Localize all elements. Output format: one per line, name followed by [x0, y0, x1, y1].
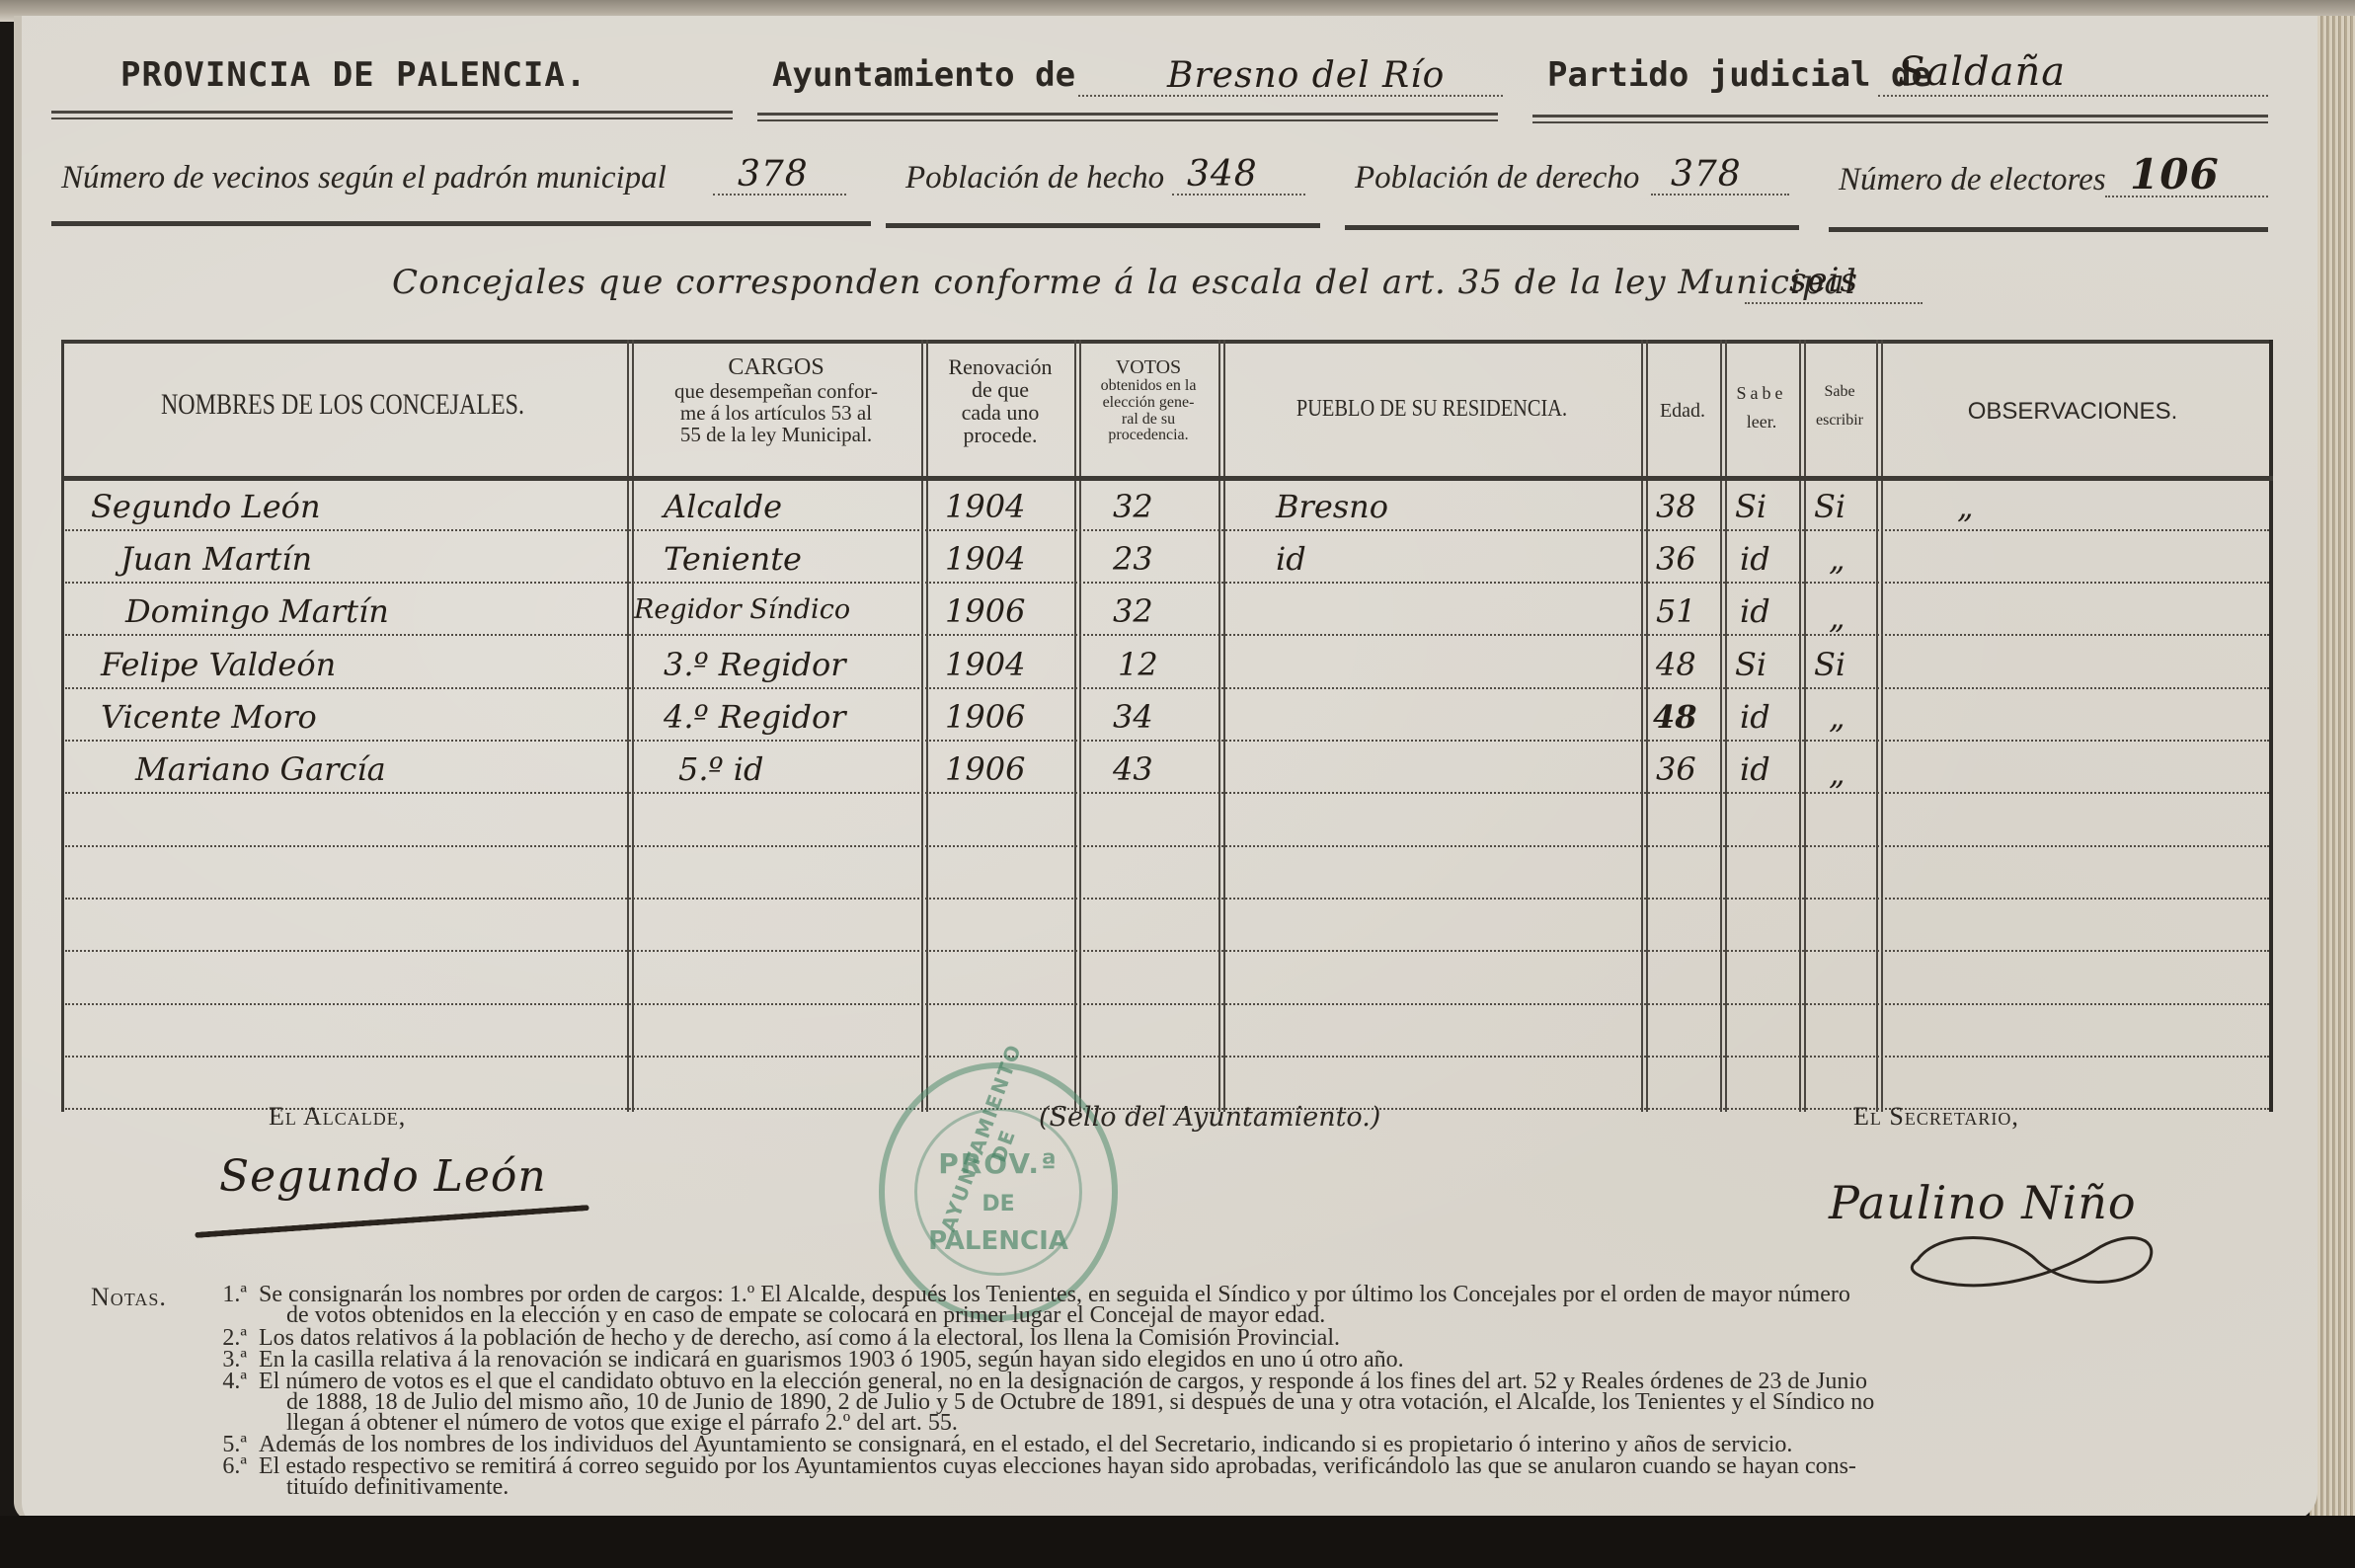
signature-rubric — [1898, 1225, 2174, 1294]
cell-escribir: Si — [1814, 646, 1845, 683]
cell-cargo: 5.º id — [678, 750, 763, 788]
cell-renovacion: 1904 — [945, 646, 1025, 683]
cell-leer: id — [1740, 540, 1770, 578]
cell-pueblo: id — [1276, 540, 1306, 578]
cell-votos: 34 — [1113, 698, 1153, 736]
votos-sub: obtenidos en la — [1078, 378, 1218, 395]
ayuntamiento-value: Bresno del Río — [1167, 55, 1445, 96]
cargos-sub: 55 de la ley Municipal. — [632, 424, 920, 445]
cell-nombre: Vicente Moro — [101, 698, 317, 736]
note-number: 6.ª — [207, 1456, 247, 1477]
cell-votos: 43 — [1113, 750, 1153, 788]
cell-pueblo: Bresno — [1276, 488, 1388, 525]
cell-cargo: Regidor Síndico — [634, 594, 850, 625]
note-text: Además de los nombres de los individuos … — [259, 1435, 1792, 1455]
sabe-escribir-line: escribir — [1803, 413, 1876, 430]
votos-title: VOTOS — [1078, 357, 1218, 378]
col-header-pueblo: PUEBLO DE SU RESIDENCIA. — [1254, 397, 1609, 422]
secretario-signature: Paulino Niño — [1829, 1176, 2137, 1229]
alcalde-signature: Segundo León — [219, 1151, 547, 1202]
cell-cargo: 3.º Regidor — [664, 646, 846, 683]
concejales-table: NOMBRES DE LOS CONCEJALES. CARGOS que de… — [61, 340, 2273, 1112]
note-number: 5.ª — [207, 1435, 247, 1455]
rule — [1829, 227, 2268, 232]
cell-renovacion: 1906 — [945, 698, 1025, 736]
cell-escribir: „ — [1829, 598, 1845, 636]
electores-label: Número de electores — [1839, 162, 2106, 198]
note-text: Los datos relativos á la población de he… — [259, 1328, 1340, 1349]
rule — [1345, 225, 1799, 230]
note-number: 3.ª — [207, 1350, 247, 1371]
cell-votos: 32 — [1113, 592, 1153, 630]
note-text: En la casilla relativa á la renovación s… — [259, 1350, 1404, 1371]
cell-cargo: Teniente — [664, 540, 802, 578]
cell-renovacion: 1906 — [945, 750, 1025, 788]
renovacion-line: cada uno — [926, 401, 1074, 424]
cell-votos: 12 — [1118, 646, 1158, 683]
electores-value: 106 — [2130, 150, 2220, 198]
cell-leer: Si — [1735, 488, 1766, 525]
cell-edad: 48 — [1653, 698, 1697, 736]
note-number: 2.ª — [207, 1328, 247, 1349]
col-header-sabe-escribir: Sabe escribir — [1803, 384, 1876, 430]
cell-observaciones: „ — [1957, 488, 1974, 525]
rule — [51, 221, 871, 226]
rule — [757, 113, 1498, 121]
cell-cargo: Alcalde — [664, 488, 782, 525]
cell-escribir: „ — [1829, 698, 1845, 736]
col-header-observaciones: OBSERVACIONES. — [1880, 399, 2265, 424]
cell-nombre: Felipe Valdeón — [101, 646, 336, 683]
cell-cargo: 4.º Regidor — [664, 698, 846, 736]
document-page: PROVINCIA DE PALENCIA. Ayuntamiento de B… — [14, 16, 2317, 1522]
cell-escribir: „ — [1829, 754, 1845, 792]
note-number: 4.ª — [207, 1372, 247, 1392]
votos-sub: ral de su — [1078, 412, 1218, 429]
cell-leer: id — [1740, 750, 1770, 788]
rule — [886, 223, 1320, 228]
cell-edad: 51 — [1656, 592, 1696, 630]
vecinos-label: Número de vecinos según el padrón munici… — [61, 160, 667, 196]
poblacion-derecho-value: 378 — [1671, 154, 1742, 195]
cell-escribir: Si — [1814, 488, 1845, 525]
concejales-value: seis — [1789, 261, 1858, 300]
cell-votos: 32 — [1113, 488, 1153, 525]
cell-leer: Si — [1735, 646, 1766, 683]
partido-field-line — [1878, 95, 2268, 97]
partido-label: Partido judicial de — [1547, 55, 1931, 95]
sello-label: (Sello del Ayuntamiento.) — [1039, 1102, 1380, 1133]
poblacion-hecho-value: 348 — [1187, 154, 1258, 195]
renovacion-line: Renovación — [926, 355, 1074, 378]
signature-flourish — [195, 1205, 589, 1238]
secretario-label: El Secretario, — [1853, 1102, 2019, 1132]
cell-edad: 36 — [1656, 540, 1696, 578]
cell-edad: 38 — [1656, 488, 1696, 525]
cell-renovacion: 1904 — [945, 540, 1025, 578]
province-title: PROVINCIA DE PALENCIA. — [120, 55, 587, 95]
alcalde-label: El Alcalde, — [269, 1102, 406, 1132]
partido-value: Saldaña — [1898, 49, 2066, 95]
cell-leer: id — [1740, 592, 1770, 630]
sabe-leer-line: leer. — [1724, 413, 1799, 431]
poblacion-derecho-label: Población de derecho — [1355, 160, 1639, 196]
cargos-sub: me á los artículos 53 al — [632, 402, 920, 424]
col-header-votos: VOTOS obtenidos en la elección gene- ral… — [1078, 357, 1218, 444]
notes-label: Notas. — [91, 1287, 167, 1307]
col-header-cargos: CARGOS que desempeñan confor- me á los a… — [632, 355, 920, 445]
cell-edad: 48 — [1656, 646, 1696, 683]
col-header-nombres: NOMBRES DE LOS CONCEJALES. — [118, 389, 568, 421]
cell-nombre: Segundo León — [91, 488, 321, 525]
seal-line: DE — [885, 1192, 1112, 1216]
ayuntamiento-label: Ayuntamiento de — [772, 55, 1075, 95]
cell-nombre: Mariano García — [135, 750, 386, 788]
col-header-sabe-leer: Sabe leer. — [1724, 384, 1799, 431]
poblacion-hecho-label: Población de hecho — [905, 160, 1164, 196]
concejales-label: Concejales que corresponden conforme á l… — [392, 263, 1857, 302]
rule — [1532, 115, 2268, 123]
renovacion-line: de que — [926, 378, 1074, 401]
renovacion-line: procede. — [926, 424, 1074, 446]
cell-renovacion: 1906 — [945, 592, 1025, 630]
note-text: llegan á obtener el número de votos que … — [286, 1413, 958, 1434]
note-number: 1.ª — [207, 1285, 247, 1305]
sabe-escribir-line: Sabe — [1803, 384, 1876, 401]
votos-sub: elección gene- — [1078, 395, 1218, 412]
votos-sub: procedencia. — [1078, 428, 1218, 444]
cell-votos: 23 — [1113, 540, 1153, 578]
concejales-field-line — [1745, 302, 1923, 304]
seal-line: PALENCIA — [885, 1226, 1112, 1256]
note-text: tituído definitivamente. — [286, 1477, 509, 1498]
cell-nombre: Juan Martín — [120, 540, 312, 578]
background-shadow — [0, 1516, 2355, 1568]
cell-renovacion: 1904 — [945, 488, 1025, 525]
rule — [51, 111, 733, 119]
seal-line: PROV.ª — [885, 1147, 1112, 1180]
cell-escribir: „ — [1829, 540, 1845, 578]
col-header-edad: Edad. — [1645, 401, 1720, 422]
vecinos-value: 378 — [738, 154, 809, 195]
cell-leer: id — [1740, 698, 1770, 736]
cell-nombre: Domingo Martín — [125, 592, 389, 630]
sabe-leer-line: Sabe — [1724, 384, 1799, 403]
note-text: de votos obtenidos en la elección y en c… — [286, 1305, 1325, 1326]
cargos-title: CARGOS — [632, 355, 920, 380]
cargos-sub: que desempeñan confor- — [632, 380, 920, 402]
col-header-renovacion: Renovación de que cada uno procede. — [926, 355, 1074, 446]
cell-edad: 36 — [1656, 750, 1696, 788]
